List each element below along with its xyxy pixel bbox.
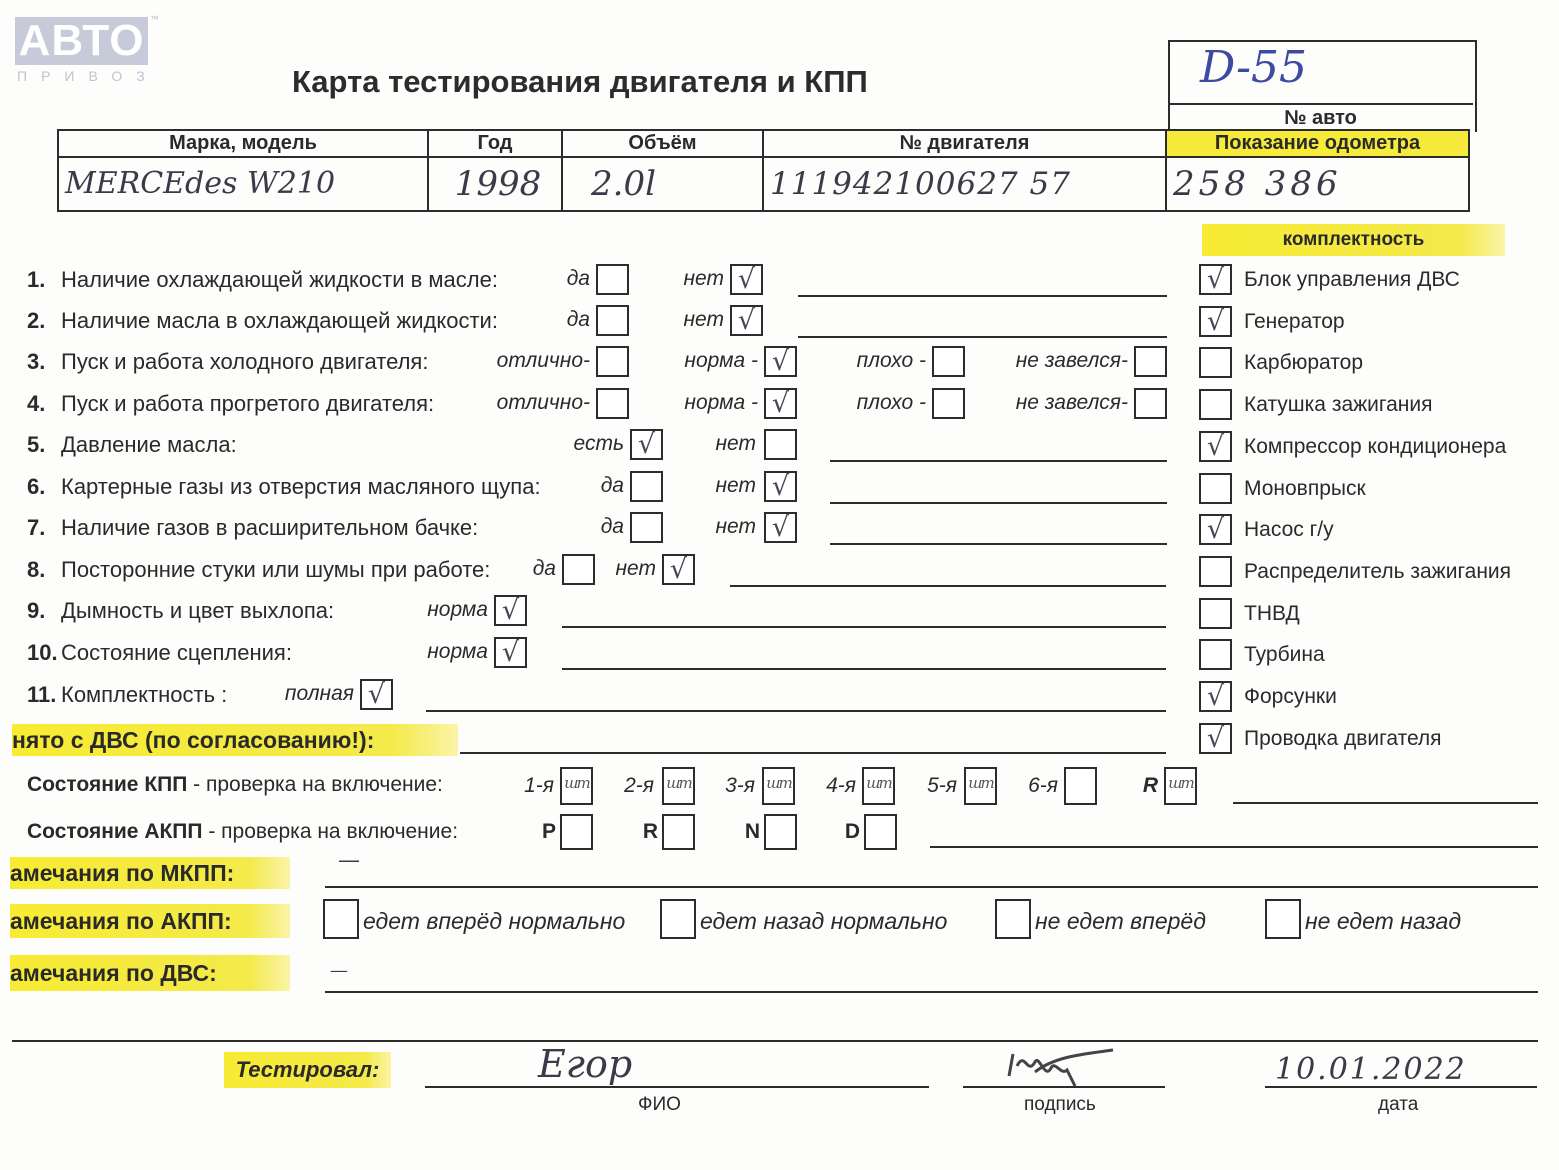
vehicle-info-table: Марка, модель Год Объём № двигателя Пока…: [57, 129, 1470, 212]
kpp-notes-line[interactable]: [1233, 802, 1538, 804]
kpp-gear-checkbox[interactable]: шm: [560, 767, 593, 805]
remarks-akpp-label: амечания по АКПП:: [10, 904, 290, 938]
remarks-mkpp-label: амечания по МКПП:: [10, 857, 290, 889]
check-row-number-text: 3.: [27, 349, 45, 374]
make-model-value[interactable]: MERCEdes W210: [58, 157, 428, 211]
check-option-checkbox[interactable]: [932, 346, 965, 377]
check-row-number: 4.: [27, 391, 45, 417]
check-option-label: норма -: [684, 349, 758, 373]
kpp-label: Состояние КПП - проверка на включение:: [27, 773, 443, 797]
check-option-checkbox[interactable]: [562, 554, 595, 585]
check-notes-line[interactable]: [798, 336, 1167, 338]
check-option-checkbox[interactable]: [630, 512, 663, 543]
check-option-checkbox[interactable]: √: [360, 679, 393, 710]
kpp-gear-checkbox[interactable]: шm: [662, 767, 695, 805]
check-row-number: 2.: [27, 308, 45, 334]
check-row-label: Наличие охлаждающей жидкости в масле:: [61, 267, 498, 293]
kpp-gear-label: 5-я: [927, 774, 957, 798]
completeness-checkbox[interactable]: [1199, 598, 1232, 629]
completeness-checkbox[interactable]: √: [1199, 306, 1232, 337]
volume-value[interactable]: 2.0l: [562, 157, 763, 211]
akpp-mode-label: R: [643, 820, 658, 844]
tester-name-line[interactable]: [425, 1086, 929, 1088]
kpp-gear-label: 4-я: [826, 774, 856, 798]
check-notes-line[interactable]: [798, 295, 1167, 297]
remarks-mkpp-line[interactable]: [325, 886, 1538, 888]
akpp-remark-checkbox[interactable]: [323, 899, 359, 939]
check-row-label: Картерные газы из отверстия масляного щу…: [61, 474, 541, 500]
check-option-checkbox[interactable]: √: [494, 595, 527, 626]
signature-line[interactable]: [963, 1086, 1165, 1088]
check-row-number-text: 4.: [27, 391, 45, 416]
check-row-number: 9.: [27, 598, 45, 624]
check-row-number: 3.: [27, 349, 45, 375]
completeness-item-label: Турбина: [1244, 643, 1325, 667]
signature-caption: подпись: [1024, 1094, 1096, 1116]
completeness-item-label: Блок управления ДВС: [1244, 268, 1460, 292]
check-option-label: не завелся-: [1016, 349, 1128, 373]
check-option-checkbox[interactable]: √: [630, 429, 663, 460]
remarks-mkpp-value[interactable]: —: [338, 848, 360, 873]
check-row-number-text: 5.: [27, 432, 45, 457]
check-row-label: Комплектность :: [61, 682, 227, 708]
check-row-number: 1.: [27, 267, 45, 293]
header-engine-number: № двигателя: [763, 130, 1166, 157]
check-option-label: да: [601, 474, 624, 498]
check-row-number-text: 2.: [27, 308, 45, 333]
completeness-checkbox[interactable]: [1199, 389, 1232, 420]
completeness-checkbox[interactable]: √: [1199, 431, 1232, 462]
check-row-label: Посторонние стуки или шумы при работе:: [61, 557, 490, 583]
check-option-label: нет: [616, 557, 657, 581]
check-row-number-text: 9.: [27, 598, 45, 623]
check-row-number: 5.: [27, 432, 45, 458]
check-option-label: плохо -: [857, 391, 926, 415]
akpp-mode-checkbox[interactable]: [764, 814, 797, 850]
akpp-remark-checkbox[interactable]: [660, 899, 696, 939]
completeness-checkbox[interactable]: [1199, 639, 1232, 670]
kpp-gear-label: 3-я: [725, 774, 755, 798]
date-line[interactable]: [1265, 1086, 1537, 1088]
akpp-remark-label: едет назад нормально: [700, 908, 947, 935]
completeness-checkbox[interactable]: √: [1199, 264, 1232, 295]
check-option-label: есть: [574, 432, 624, 456]
check-option-checkbox[interactable]: √: [730, 305, 763, 336]
completeness-item-label: Распределитель зажигания: [1244, 560, 1511, 584]
akpp-label: Состояние АКПП - проверка на включение:: [27, 820, 458, 844]
date-caption: дата: [1378, 1094, 1418, 1116]
akpp-mode-label: D: [845, 820, 860, 844]
check-notes-line[interactable]: [730, 585, 1166, 587]
check-row-label: Давление масла:: [61, 432, 237, 458]
check-row-number: 11.: [27, 682, 56, 708]
check-row-number-text: 8.: [27, 557, 45, 582]
completeness-item-label: Форсунки: [1244, 685, 1337, 709]
check-option-checkbox[interactable]: [764, 429, 797, 460]
kpp-gear-label: 1-я: [524, 774, 554, 798]
kpp-gear-label: 2-я: [624, 774, 654, 798]
check-option-checkbox[interactable]: [596, 264, 629, 295]
check-option-checkbox[interactable]: [630, 471, 663, 502]
check-option-label: нет: [716, 474, 757, 498]
completeness-checkbox[interactable]: √: [1199, 681, 1232, 712]
check-option-checkbox[interactable]: [1134, 388, 1167, 419]
check-row-label: Наличие масла в охлаждающей жидкости:: [61, 308, 498, 334]
check-row-number-text: 6.: [27, 474, 45, 499]
check-option-label: норма -: [684, 391, 758, 415]
kpp-label-bold: Состояние КПП: [27, 773, 187, 796]
check-row-label: Дымность и цвет выхлопа:: [61, 598, 334, 624]
akpp-label-rest: - проверка на включение:: [203, 820, 459, 843]
check-row-label: Состояние сцепления:: [61, 640, 292, 666]
check-option-label: да: [567, 267, 590, 291]
tester-name[interactable]: Егор: [538, 1042, 632, 1086]
completeness-item-label: Катушка зажигания: [1244, 393, 1432, 417]
check-option-label: да: [601, 515, 624, 539]
kpp-gear-checkbox[interactable]: шm: [964, 767, 997, 805]
tested-by-label: Тестировал:: [224, 1052, 391, 1088]
removed-from-engine-label: нято с ДВС (по согласованию!):: [12, 724, 458, 756]
akpp-label-bold: Состояние АКПП: [27, 820, 203, 843]
tester-name-caption: ФИО: [638, 1094, 681, 1116]
kpp-gear-checkbox[interactable]: шm: [862, 767, 895, 805]
akpp-mode-checkbox[interactable]: [560, 814, 593, 850]
completeness-item-label: ТНВД: [1244, 602, 1300, 626]
akpp-remark-checkbox[interactable]: [995, 899, 1031, 939]
completeness-item-label: Карбюратор: [1244, 351, 1363, 375]
year-value[interactable]: 1998: [428, 157, 562, 211]
check-option-label: да: [567, 308, 590, 332]
akpp-remark-label: не едет вперёд: [1035, 908, 1206, 935]
check-option-label: не завелся-: [1016, 391, 1128, 415]
check-row-number-text: 1.: [27, 267, 45, 292]
check-option-label: отлично-: [497, 391, 590, 415]
kpp-gear-checkbox[interactable]: шm: [1164, 767, 1197, 805]
check-option-label: норма: [427, 640, 488, 664]
remarks-dvs-line[interactable]: [325, 991, 1538, 993]
kpp-gear-checkbox[interactable]: шm: [762, 767, 795, 805]
akpp-notes-line[interactable]: [930, 846, 1538, 848]
completeness-item-label: Компрессор кондиционера: [1244, 435, 1506, 459]
check-option-checkbox[interactable]: √: [764, 388, 797, 419]
completeness-item-label: Проводка двигателя: [1244, 727, 1442, 751]
check-row-number: 8.: [27, 557, 45, 583]
check-row-number: 6.: [27, 474, 45, 500]
akpp-remark-label: едет вперёд нормально: [363, 908, 625, 935]
engine-number-value[interactable]: 111942100627 57: [763, 157, 1166, 211]
check-notes-line[interactable]: [830, 460, 1167, 462]
check-option-checkbox[interactable]: √: [764, 346, 797, 377]
header-volume: Объём: [562, 130, 763, 157]
check-notes-line[interactable]: [562, 626, 1166, 628]
check-row-number-text: 7.: [27, 515, 45, 540]
header-odometer: Показание одометра: [1166, 130, 1469, 157]
remarks-dvs-value[interactable]: —: [330, 960, 348, 981]
akpp-mode-label: N: [745, 820, 760, 844]
odometer-value[interactable]: 258 386: [1166, 157, 1469, 211]
check-option-checkbox[interactable]: √: [764, 471, 797, 502]
header-year: Год: [428, 130, 562, 157]
check-option-label: отлично-: [497, 349, 590, 373]
check-notes-line[interactable]: [830, 502, 1167, 504]
check-option-label: нет: [684, 308, 725, 332]
check-row-label: Пуск и работа прогретого двигателя:: [61, 391, 434, 417]
completeness-title: комплектность: [1202, 224, 1505, 256]
check-option-label: да: [533, 557, 556, 581]
check-row-label: Наличие газов в расширительном бачке:: [61, 515, 478, 541]
check-option-label: полная: [285, 682, 354, 706]
kpp-gear-checkbox[interactable]: [1064, 767, 1097, 805]
kpp-gear-label: R: [1143, 774, 1158, 798]
check-option-label: нет: [716, 432, 757, 456]
akpp-mode-checkbox[interactable]: [662, 814, 695, 850]
check-option-checkbox[interactable]: √: [764, 512, 797, 543]
section-divider: [12, 1040, 1538, 1042]
kpp-label-rest: - проверка на включение:: [187, 773, 443, 796]
check-option-checkbox[interactable]: √: [662, 554, 695, 585]
completeness-checkbox[interactable]: √: [1199, 723, 1232, 754]
check-notes-line[interactable]: [426, 710, 1166, 712]
removed-from-engine-line[interactable]: [460, 752, 1166, 754]
auto-number-value[interactable]: D-55: [1200, 42, 1307, 93]
header-make-model: Марка, модель: [58, 130, 428, 157]
check-option-checkbox[interactable]: √: [730, 264, 763, 295]
akpp-remark-label: не едет назад: [1305, 908, 1461, 935]
check-notes-line[interactable]: [562, 668, 1166, 670]
completeness-checkbox[interactable]: [1199, 473, 1232, 504]
check-notes-line[interactable]: [830, 543, 1167, 545]
completeness-checkbox[interactable]: √: [1199, 514, 1232, 545]
check-row-number: 7.: [27, 515, 45, 541]
completeness-item-label: Насос г/у: [1244, 518, 1334, 542]
completeness-item-label: Генератор: [1244, 310, 1345, 334]
completeness-checkbox[interactable]: [1199, 347, 1232, 378]
akpp-mode-checkbox[interactable]: [864, 814, 897, 850]
trademark-mark: ™: [150, 14, 159, 24]
check-option-checkbox[interactable]: [932, 388, 965, 419]
check-option-label: нет: [684, 267, 725, 291]
check-option-checkbox[interactable]: [596, 346, 629, 377]
check-row-number: 10.: [27, 640, 58, 666]
check-option-label: норма: [427, 598, 488, 622]
check-option-label: плохо -: [857, 349, 926, 373]
page-title: Карта тестирования двигателя и КПП: [292, 64, 868, 100]
check-option-checkbox[interactable]: [596, 305, 629, 336]
test-date[interactable]: 10.01.2022: [1275, 1052, 1467, 1087]
check-option-checkbox[interactable]: [1134, 346, 1167, 377]
check-option-label: нет: [716, 515, 757, 539]
akpp-mode-label: P: [542, 820, 556, 844]
akpp-remark-checkbox[interactable]: [1265, 899, 1301, 939]
brand-logo-subtitle: ПРИВОЗ: [17, 68, 159, 84]
check-row-number-text: 10.: [27, 640, 58, 665]
completeness-checkbox[interactable]: [1199, 556, 1232, 587]
check-option-checkbox[interactable]: [596, 388, 629, 419]
check-option-checkbox[interactable]: √: [494, 637, 527, 668]
kpp-gear-label: 6-я: [1028, 774, 1058, 798]
auto-number-label: № авто: [1168, 103, 1473, 132]
brand-logo: АВТО: [15, 17, 148, 65]
completeness-item-label: Моновпрыск: [1244, 477, 1366, 501]
check-row-number-text: 11.: [27, 682, 56, 707]
check-row-label: Пуск и работа холодного двигателя:: [61, 349, 428, 375]
remarks-dvs-label: амечания по ДВС:: [10, 955, 290, 991]
